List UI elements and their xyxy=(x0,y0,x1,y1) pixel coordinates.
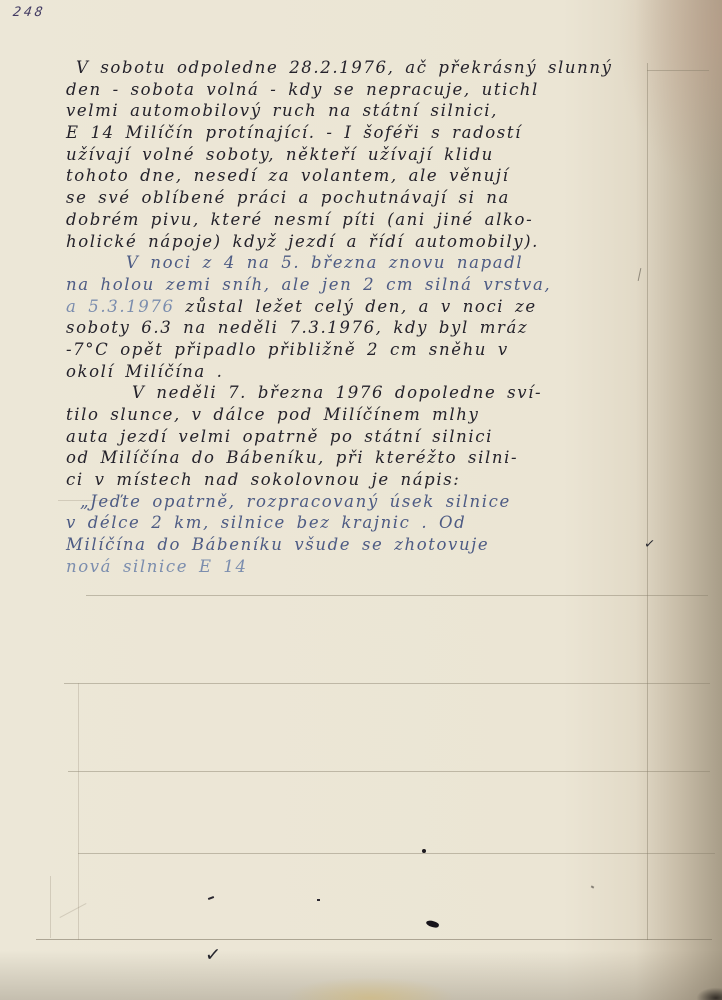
manuscript-line: dobrém pivu, které nesmí píti (ani jiné … xyxy=(66,209,666,231)
manuscript-line: užívají volné soboty, někteří užívají kl… xyxy=(66,144,666,166)
manuscript-line: auta jezdí velmi opatrně po státní silni… xyxy=(66,426,666,448)
manuscript-line: -7°C opět připadlo přibližně 2 cm sněhu … xyxy=(66,339,666,361)
manuscript-text: V sobotu odpoledne 28.2.1976, ač překrás… xyxy=(66,57,666,578)
manuscript-line: v délce 2 km, silnice bez krajnic . Od xyxy=(66,512,666,534)
ink-blot xyxy=(425,919,439,929)
manuscript-line: tilo slunce, v dálce pod Milíčínem mlhy xyxy=(66,404,666,426)
manuscript-line: se své oblíbené práci a pochutnávají si … xyxy=(66,187,666,209)
manuscript-run: a 5.3.1976 xyxy=(66,297,185,316)
manuscript-run: zůstal ležet celý den, a v noci ze xyxy=(185,297,536,316)
scanned-chronicle-page: 248 V sobotu odpoledne 28.2.1976, ač pře… xyxy=(0,0,722,1000)
manuscript-line: soboty 6.3 na neděli 7.3.1976, kdy byl m… xyxy=(66,317,666,339)
manuscript-line: nová silnice E 14 xyxy=(66,556,666,578)
manuscript-line: V noci z 4 na 5. března znovu napadl xyxy=(66,252,666,274)
ink-speck xyxy=(317,899,320,901)
checkmark-icon: ✓ xyxy=(204,945,221,965)
ruled-line-left-margin xyxy=(78,683,79,940)
manuscript-line: Milíčína do Bábeníku všude se zhotovuje xyxy=(66,534,666,556)
pencil-diagonal-mark xyxy=(60,903,87,918)
ruled-line-2 xyxy=(64,683,710,684)
manuscript-line: den - sobota volná - kdy se nepracuje, u… xyxy=(66,79,666,101)
manuscript-line: velmi automobilový ruch na státní silnic… xyxy=(66,100,666,122)
manuscript-line: E 14 Milíčín protínající. - I šoféři s r… xyxy=(66,122,666,144)
checkmark-icon: ✓ xyxy=(643,537,656,551)
manuscript-line: od Milíčína do Bábeníku, při kteréžto si… xyxy=(66,447,666,469)
manuscript-line: V sobotu odpoledne 28.2.1976, ač překrás… xyxy=(66,57,666,79)
ruled-line-1 xyxy=(86,595,708,596)
ruled-line-left-short xyxy=(50,876,51,938)
manuscript-line: okolí Milíčína . xyxy=(66,361,666,383)
manuscript-line: tohoto dne, nesedí za volantem, ale věnu… xyxy=(66,165,666,187)
ruled-line-3 xyxy=(68,771,710,772)
ruled-line-5 xyxy=(36,939,712,940)
manuscript-line: a 5.3.1976 zůstal ležet celý den, a v no… xyxy=(66,296,666,318)
manuscript-line: „Jeďte opatrně, rozpracovaný úsek silnic… xyxy=(66,491,666,513)
manuscript-line: ci v místech nad sokolovnou je nápis: xyxy=(66,469,666,491)
manuscript-line: na holou zemi sníh, ale jen 2 cm silná v… xyxy=(66,274,666,296)
ink-speck xyxy=(208,896,214,900)
page-number: 248 xyxy=(12,5,47,20)
manuscript-line: V neděli 7. března 1976 dopoledne sví- xyxy=(66,382,666,404)
manuscript-line: holické nápoje) když jezdí a řídí automo… xyxy=(66,231,666,253)
ink-speck xyxy=(422,849,426,853)
ruled-line-4 xyxy=(78,853,715,854)
ink-speck xyxy=(591,885,595,888)
